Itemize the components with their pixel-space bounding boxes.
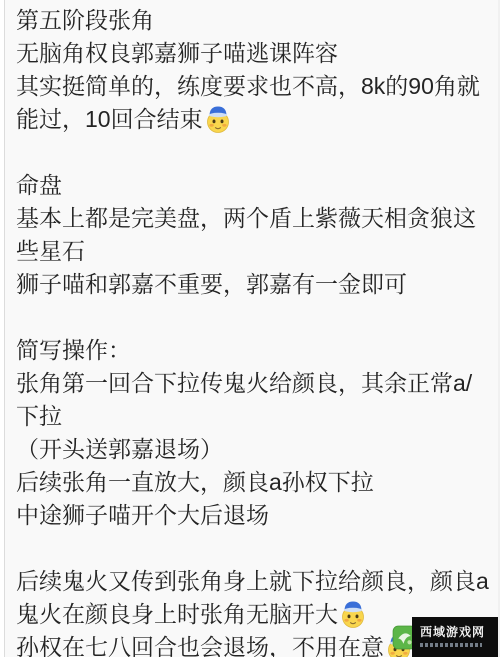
watermark-bar: 西域游戏网 bbox=[412, 617, 498, 657]
text-line: 其实挺简单的，练度要求也不高，8k的90角就 bbox=[16, 70, 492, 103]
text-line: 张角第一回合下拉传鬼火给颜良，其余正常a/ bbox=[16, 367, 492, 400]
text-line: 些星石 bbox=[16, 235, 492, 268]
screenshot-page: 第五阶段张角 无脑角权良郭嘉狮子喵逃课阵容 其实挺简单的，练度要求也不高，8k的… bbox=[0, 0, 500, 657]
left-edge-divider bbox=[4, 0, 5, 657]
line-text: 孙权在七八回合也会退场，不用在意 bbox=[16, 634, 384, 657]
text-line: 命盘 bbox=[16, 169, 492, 202]
text-line: 能过，10回合结束 bbox=[16, 103, 492, 136]
line-text: 能过，10回合结束 bbox=[16, 106, 203, 132]
text-line: 简写操作： bbox=[16, 334, 492, 367]
huaji-cap-emoji bbox=[341, 598, 365, 631]
paragraph-stage-intro: 第五阶段张角 无脑角权良郭嘉狮子喵逃课阵容 其实挺简单的，练度要求也不高，8k的… bbox=[16, 4, 492, 136]
text-line: 下拉 bbox=[16, 400, 492, 433]
text-line: （开头送郭嘉退场） bbox=[16, 433, 492, 466]
text-line: 无脑角权良郭嘉狮子喵逃课阵容 bbox=[16, 37, 492, 70]
huaji-cap-emoji bbox=[206, 103, 230, 136]
line-text: 鬼火在颜良身上时张角无脑开大 bbox=[16, 601, 338, 627]
watermark-subtext bbox=[420, 643, 482, 647]
text-line: 后续鬼火又传到张角身上就下拉给颜良，颜良a bbox=[16, 565, 492, 598]
text-line: 狮子喵和郭嘉不重要，郭嘉有一金即可 bbox=[16, 268, 492, 301]
text-line: 中途狮子喵开个大后退场 bbox=[16, 499, 492, 532]
paragraph-mingpan: 命盘 基本上都是完美盘，两个盾上紫薇天相贪狼这 些星石 狮子喵和郭嘉不重要，郭嘉… bbox=[16, 169, 492, 301]
text-line: 基本上都是完美盘，两个盾上紫薇天相贪狼这 bbox=[16, 202, 492, 235]
watermark-site-name: 西域游戏网 bbox=[420, 626, 498, 639]
paragraph-operations: 简写操作： 张角第一回合下拉传鬼火给颜良，其余正常a/ 下拉 （开头送郭嘉退场）… bbox=[16, 334, 492, 532]
text-line: 后续张角一直放大，颜良a孙权下拉 bbox=[16, 466, 492, 499]
guide-text: 第五阶段张角 无脑角权良郭嘉狮子喵逃课阵容 其实挺简单的，练度要求也不高，8k的… bbox=[16, 4, 492, 657]
text-line: 第五阶段张角 bbox=[16, 4, 492, 37]
